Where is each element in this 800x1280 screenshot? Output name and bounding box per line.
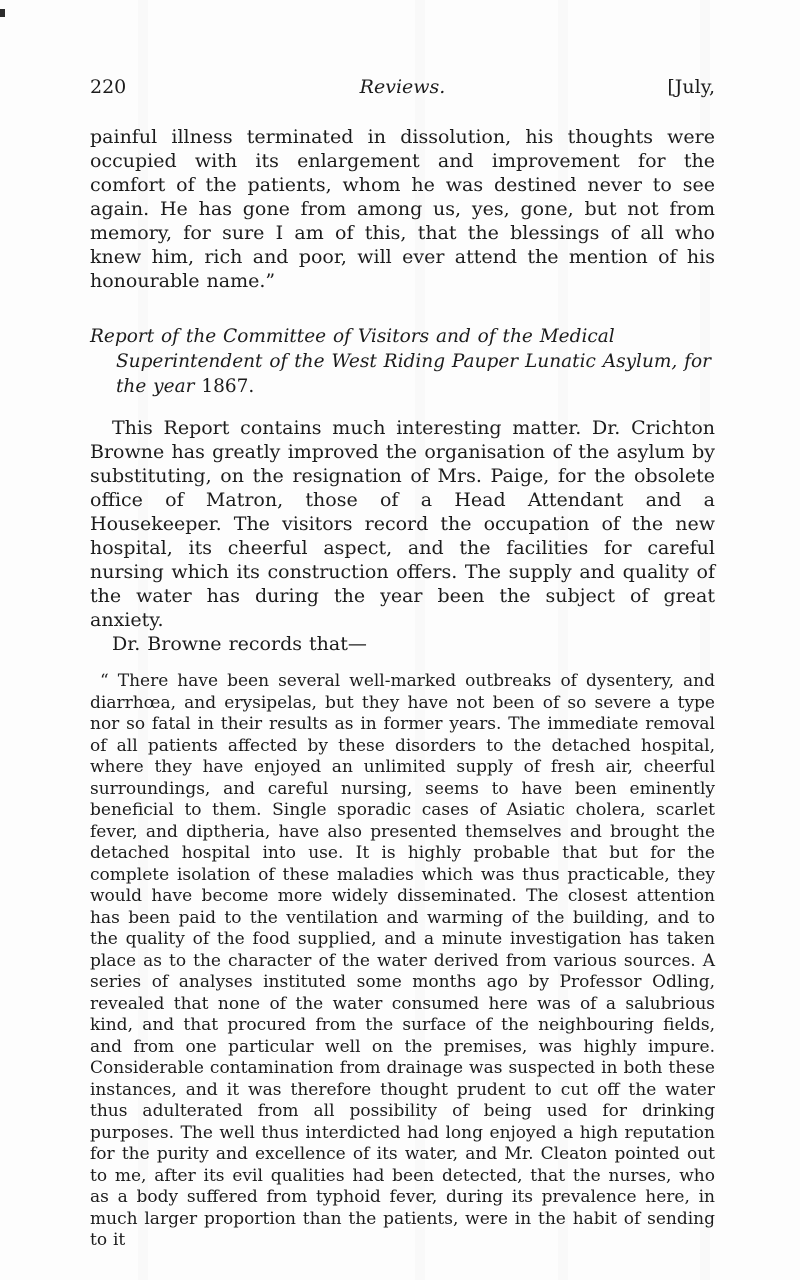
scan-artifact [0, 9, 5, 17]
continuation-paragraph: painful illness terminated in dissolutio… [90, 125, 715, 293]
lead-in-paragraph: Dr. Browne records that— [90, 632, 715, 656]
article-title-text: Report of the Committee of Visitors and … [90, 326, 711, 397]
article-title-year: 1867. [201, 376, 254, 397]
article-title: Report of the Committee of Visitors and … [90, 324, 715, 399]
scanned-page: 220 Reviews. [July, painful illness term… [90, 0, 715, 1252]
running-head: 220 Reviews. [July, [90, 76, 715, 98]
running-head-title: Reviews. [298, 76, 506, 98]
running-head-date: [July, [507, 76, 715, 98]
report-quote-paragraph: “ There have been several well-marked ou… [90, 671, 715, 1252]
page-number: 220 [90, 76, 298, 98]
intro-paragraph: This Report contains much interesting ma… [90, 416, 715, 632]
